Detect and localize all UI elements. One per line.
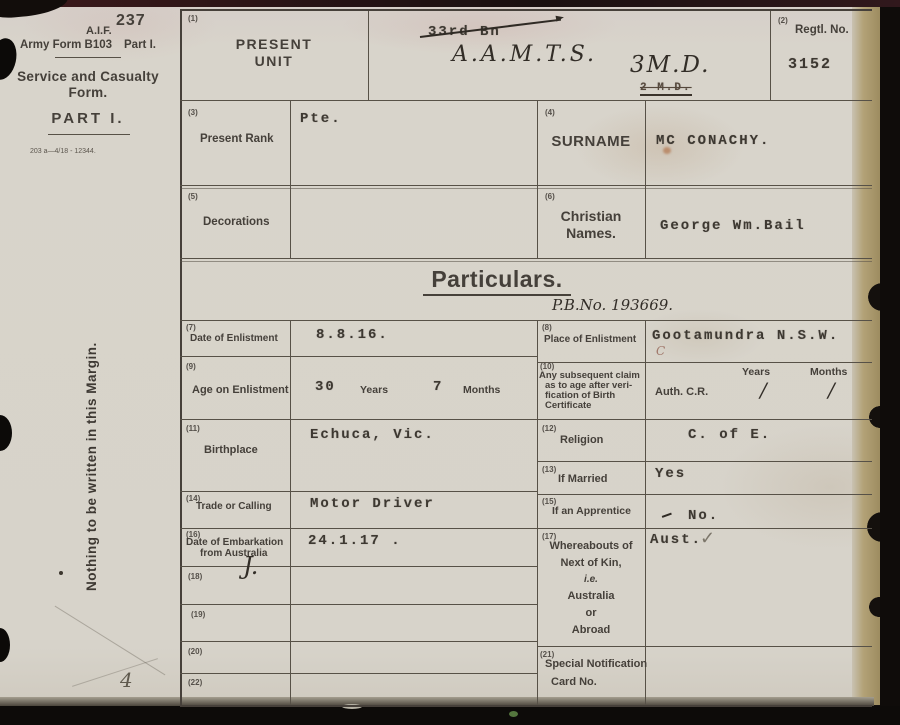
christian-names-label: Christian bbox=[537, 208, 645, 224]
next-of-kin-label: Next of Kin, bbox=[537, 557, 645, 569]
years-label: Years bbox=[742, 366, 770, 378]
special-notification-label: Special Notification bbox=[545, 658, 647, 670]
margin-divider bbox=[55, 57, 121, 58]
present-rank-label: Present Rank bbox=[200, 133, 274, 145]
particulars-heading: Particulars. bbox=[392, 266, 602, 293]
date-of-enlistment-value: 8.8.16. bbox=[316, 327, 389, 343]
field-number: (11) bbox=[186, 424, 200, 433]
next-of-kin-label: Australia bbox=[537, 590, 645, 602]
regtl-no-label: Regtl. No. bbox=[795, 24, 849, 36]
pencil-mark: 4 bbox=[120, 668, 133, 692]
next-of-kin-label: or bbox=[537, 607, 645, 619]
date-of-enlistment-label: Date of Enlistment bbox=[190, 333, 278, 344]
decorations-label: Decorations bbox=[203, 216, 269, 228]
grid-line bbox=[180, 100, 872, 101]
age-months-value: 7 bbox=[433, 379, 443, 395]
field-number: (7) bbox=[186, 323, 196, 332]
months-slash-hand: / bbox=[828, 378, 835, 402]
field-number: (4) bbox=[545, 108, 555, 117]
christian-names-label: Names. bbox=[537, 225, 645, 241]
form-title-line2: Form. bbox=[2, 85, 174, 100]
grid-line bbox=[290, 320, 291, 705]
torn-paper-edge bbox=[852, 7, 880, 705]
present-rank-value: Pte. bbox=[300, 111, 342, 127]
next-of-kin-label: i.e. bbox=[537, 574, 645, 585]
field-number: (20) bbox=[188, 647, 202, 656]
grid-line bbox=[180, 9, 872, 11]
special-notification-label: Card No. bbox=[551, 676, 597, 688]
grid-line bbox=[537, 320, 538, 705]
field-number: (3) bbox=[188, 108, 198, 117]
next-of-kin-value: Aust. bbox=[650, 532, 702, 548]
age-claim-label: Certificate bbox=[545, 400, 591, 411]
grid-line bbox=[180, 604, 537, 605]
grid-line bbox=[180, 356, 537, 357]
grid-line bbox=[290, 100, 291, 258]
if-apprentice-value: No. bbox=[688, 508, 719, 524]
aif-label: A.I.F. bbox=[86, 25, 112, 37]
religion-value: C. of E. bbox=[688, 427, 771, 443]
print-code: 203 a—4/18 - 12344. bbox=[30, 148, 96, 155]
grid-line bbox=[537, 461, 872, 462]
if-married-label: If Married bbox=[558, 473, 608, 485]
regtl-no-value: 3152 bbox=[788, 56, 832, 73]
months-label: Months bbox=[810, 366, 847, 378]
scan-speck bbox=[509, 711, 518, 717]
trade-or-calling-label: Trade or Calling bbox=[196, 501, 272, 512]
place-of-enlistment-value: Gootamundra N.S.W. bbox=[652, 328, 839, 344]
grid-line bbox=[180, 258, 872, 259]
grid-line bbox=[180, 9, 182, 705]
form-part: Part I. bbox=[124, 39, 156, 51]
grid-line bbox=[645, 320, 646, 705]
auth-cr-label: Auth. C.R. bbox=[655, 386, 708, 398]
grid-line bbox=[537, 362, 872, 363]
ink-dot bbox=[59, 571, 63, 575]
grid-line bbox=[180, 528, 872, 529]
check-mark: ✓ bbox=[700, 528, 715, 549]
grid-line bbox=[537, 494, 872, 495]
field-number: (12) bbox=[542, 424, 556, 433]
military-district-hand: 3M.D. bbox=[630, 52, 710, 78]
ink-flourish: J. bbox=[243, 552, 258, 580]
field-number: (8) bbox=[542, 323, 552, 332]
surname-value: MC CONACHY. bbox=[656, 133, 770, 149]
scan-background-right bbox=[880, 0, 900, 725]
if-married-value: Yes bbox=[655, 466, 686, 482]
grid-line bbox=[180, 641, 537, 642]
scan-background-top bbox=[0, 0, 900, 7]
embarkation-label: Date of Embarkation bbox=[186, 537, 283, 548]
form-number: Army Form B103 bbox=[20, 39, 112, 51]
margin-note: Nothing to be written in this Margin. bbox=[84, 286, 99, 591]
grid-line bbox=[180, 320, 872, 321]
years-label: Years bbox=[360, 384, 388, 396]
grid-line bbox=[180, 705, 872, 707]
part-heading: PART I. bbox=[2, 110, 174, 127]
military-district-struck: 2 M.D. bbox=[640, 82, 692, 96]
grid-line bbox=[537, 646, 872, 647]
grid-line bbox=[180, 673, 537, 674]
months-label: Months bbox=[463, 384, 500, 396]
next-of-kin-label: Abroad bbox=[537, 624, 645, 636]
grid-line bbox=[180, 185, 872, 186]
place-correction-hand: C bbox=[656, 344, 665, 358]
field-number: (22) bbox=[188, 678, 202, 687]
surname-label: SURNAME bbox=[537, 133, 645, 150]
years-slash-hand: / bbox=[760, 378, 767, 402]
grid-line bbox=[180, 566, 537, 567]
grid-line bbox=[180, 419, 872, 420]
place-of-enlistment-label: Place of Enlistment bbox=[544, 334, 636, 345]
grid-line bbox=[180, 491, 537, 492]
birthplace-label: Birthplace bbox=[204, 444, 258, 456]
grid-line bbox=[645, 100, 646, 258]
religion-label: Religion bbox=[560, 434, 603, 446]
if-apprentice-label: If an Apprentice bbox=[552, 505, 631, 517]
age-on-enlistment-label: Age on Enlistment bbox=[192, 384, 289, 396]
present-unit-label: PRESENT bbox=[182, 36, 366, 52]
scanned-service-form: 237 A.I.F. Army Form B103 Part I. Servic… bbox=[0, 0, 900, 725]
field-number: (6) bbox=[545, 192, 555, 201]
sheet-number: 237 bbox=[116, 12, 146, 30]
field-number: (5) bbox=[188, 192, 198, 201]
grid-line bbox=[770, 9, 771, 100]
christian-names-value: George Wm.Bail bbox=[660, 218, 806, 234]
embarkation-value: 24.1.17 . bbox=[308, 533, 402, 549]
field-number: (2) bbox=[778, 16, 788, 25]
grid-line bbox=[368, 9, 369, 100]
margin-divider bbox=[48, 134, 130, 135]
present-unit-label: UNIT bbox=[182, 53, 366, 69]
field-number: (9) bbox=[186, 362, 196, 371]
field-number: (18) bbox=[188, 572, 202, 581]
age-years-value: 30 bbox=[315, 379, 336, 395]
next-of-kin-label: Whereabouts of bbox=[537, 540, 645, 552]
present-unit-hand-value: A.A.M.T.S. bbox=[452, 42, 597, 67]
birthplace-value: Echuca, Vic. bbox=[310, 427, 435, 443]
field-number: (13) bbox=[542, 465, 556, 474]
field-number: (1) bbox=[188, 14, 198, 23]
field-number: (19) bbox=[191, 610, 205, 619]
form-title-line1: Service and Casualty bbox=[2, 69, 174, 84]
trade-or-calling-value: Motor Driver bbox=[310, 496, 435, 512]
pb-number-hand: P.B.No. 193669. bbox=[552, 296, 673, 314]
scan-background-bottom bbox=[0, 706, 900, 725]
